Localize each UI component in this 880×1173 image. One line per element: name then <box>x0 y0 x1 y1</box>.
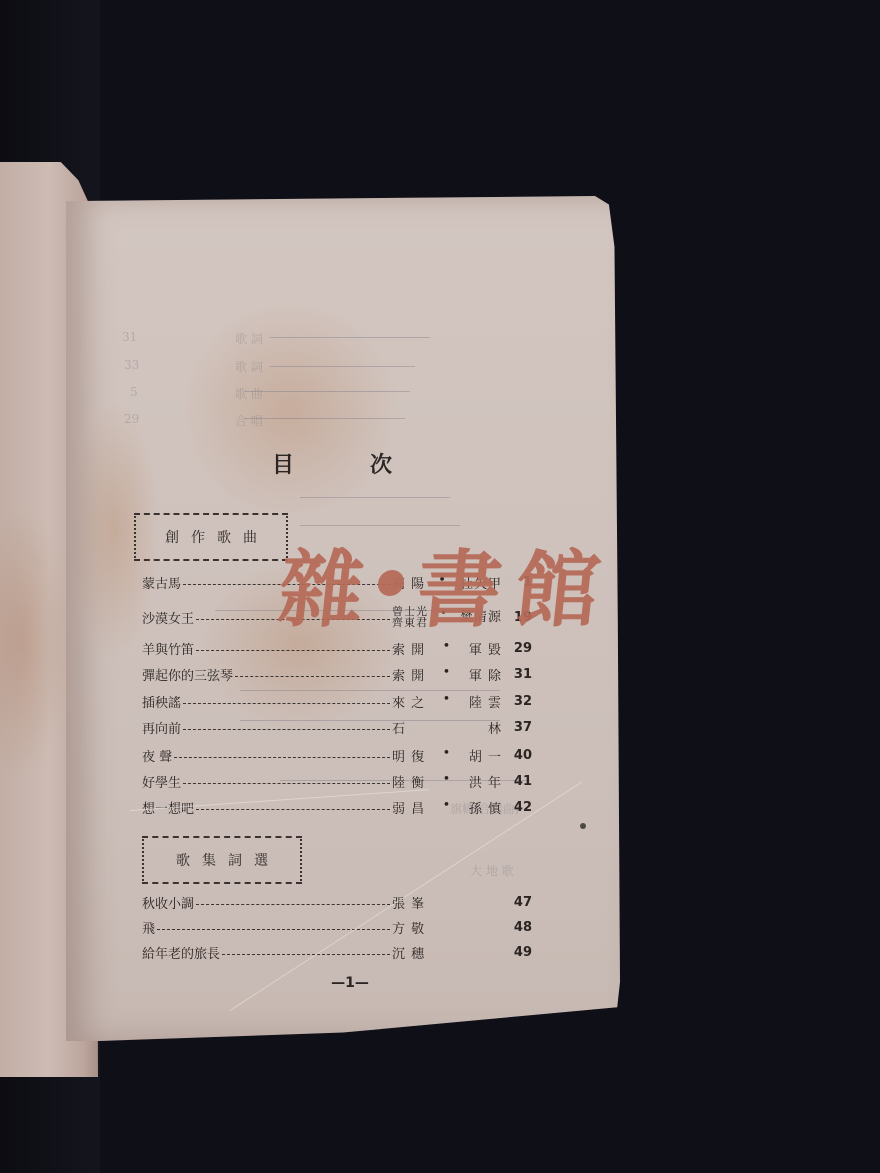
entry-authors: 來 之 • 陸 雲 <box>392 692 502 711</box>
entry-title: 羊與竹笛 <box>142 639 194 658</box>
lyricist: 索 開 <box>392 665 425 684</box>
entry-title: 蒙古馬 <box>142 573 181 592</box>
section-heading: 創作歌曲 <box>153 527 269 547</box>
composer: 樊清源 <box>460 606 502 628</box>
dotted-leader <box>196 619 390 620</box>
entry-page-number: 40 <box>502 748 532 763</box>
dotted-leader <box>196 904 390 905</box>
composer: 杜矢甲 <box>460 573 502 592</box>
toc-entry: 插秧謠 來 之 • 陸 雲 32 <box>142 691 532 711</box>
dotted-leader <box>174 757 390 758</box>
entry-title: 飛 <box>142 918 155 937</box>
entry-author: 沉 穗 <box>392 943 502 962</box>
author-2: 林 <box>488 718 502 737</box>
separator-dot: • <box>443 746 452 765</box>
entry-authors: 索 開 • 軍 毀 <box>392 639 502 658</box>
toc-entry: 飛 方 敬 48 <box>142 917 532 937</box>
composer: 洪 年 <box>469 772 502 791</box>
page-title: 目 次 <box>272 448 392 479</box>
entry-title: 沙漠女王 <box>142 608 194 627</box>
entry-page-number: 42 <box>502 800 532 815</box>
toc-entry: 好學生 陸 衡 • 洪 年 41 <box>142 771 532 791</box>
entry-page-number: 48 <box>502 920 532 935</box>
lyricist-stack: 曾士光 齊東君 <box>392 606 428 628</box>
entry-author: 方 敬 <box>392 918 502 937</box>
entry-title: 秋收小調 <box>142 893 194 912</box>
entry-authors: 弱 昌 • 孫 慎 <box>392 798 502 817</box>
composer: 軍 除 <box>469 665 502 684</box>
dotted-leader <box>183 729 390 730</box>
lyricist: 弱 昌 <box>392 798 425 817</box>
toc-entry: 沙漠女王 曾士光 齊東君 • 樊清源 19 <box>142 604 532 630</box>
entry-authors: 明 復 • 胡 一 <box>392 746 502 765</box>
author: 方 敬 <box>392 918 425 937</box>
entry-page-number: 32 <box>502 694 532 709</box>
entry-authors: 曾士光 齊東君 • 樊清源 <box>392 606 502 628</box>
section-heading-box-2: 歌集詞選 <box>142 836 302 884</box>
separator-dot: • <box>443 798 452 817</box>
ink-speck <box>580 823 586 829</box>
separator-dot: • <box>443 772 452 791</box>
entry-page-number: 19 <box>502 610 532 625</box>
toc-entry: 羊與竹笛 索 開 • 軍 毀 29 <box>142 638 532 658</box>
toc-entry: 彈起你的三弦琴 索 開 • 軍 除 31 <box>142 664 532 684</box>
dotted-leader <box>183 783 390 784</box>
toc-entry: 想一想吧 弱 昌 • 孫 慎 42 <box>142 797 532 817</box>
separator-dot: • <box>443 665 452 684</box>
page-number: —1— <box>0 975 700 991</box>
composer: 孫 慎 <box>469 798 502 817</box>
lyricist: 高 陽 <box>392 573 425 592</box>
toc-entry: 給年老的旅長 沉 穗 49 <box>142 942 532 962</box>
entry-title: 插秧謠 <box>142 692 181 711</box>
lyricist-2: 齊東君 <box>392 617 428 628</box>
author: 石 <box>392 718 406 737</box>
entry-page-number: 41 <box>502 774 532 789</box>
entry-authors: 高 陽 • 杜矢甲 <box>392 573 502 592</box>
section-heading-box-1: 創作歌曲 <box>134 513 288 561</box>
entry-title: 好學生 <box>142 772 181 791</box>
lyricist: 陸 衡 <box>392 772 425 791</box>
dotted-leader <box>196 650 390 651</box>
separator-dot: • <box>443 639 452 658</box>
entry-page-number: 29 <box>502 641 532 656</box>
entry-page-number: 1 <box>502 575 532 590</box>
composer: 陸 雲 <box>469 692 502 711</box>
entry-title: 再向前 <box>142 718 181 737</box>
entry-title: 彈起你的三弦琴 <box>142 665 233 684</box>
separator-dot: • <box>443 692 452 711</box>
toc-entry: 蒙古馬 高 陽 • 杜矢甲 1 <box>142 572 532 592</box>
title-char-2: 次 <box>370 448 392 479</box>
toc-entry: 夜 聲 明 復 • 胡 一 40 <box>142 745 532 765</box>
lyricist: 索 開 <box>392 639 425 658</box>
lyricist: 明 復 <box>392 746 425 765</box>
paper-stain <box>180 300 400 520</box>
entry-authors: 石 林 <box>392 718 502 737</box>
entry-author: 張 峯 <box>392 893 502 912</box>
dotted-leader <box>183 703 390 704</box>
composer: 胡 一 <box>469 746 502 765</box>
dotted-leader <box>222 954 390 955</box>
dotted-leader <box>235 676 390 677</box>
separator-dot: • <box>438 573 447 592</box>
composer: 軍 毀 <box>469 639 502 658</box>
entry-page-number: 37 <box>502 720 532 735</box>
lyricist: 來 之 <box>392 692 425 711</box>
entry-authors: 陸 衡 • 洪 年 <box>392 772 502 791</box>
entry-authors: 索 開 • 軍 除 <box>392 665 502 684</box>
entry-title: 給年老的旅長 <box>142 943 220 962</box>
author: 沉 穗 <box>392 943 425 962</box>
title-char-1: 目 <box>272 448 294 479</box>
dotted-leader <box>196 809 390 810</box>
entry-title: 夜 聲 <box>142 746 172 765</box>
entry-page-number: 31 <box>502 667 532 682</box>
separator-dot: • <box>440 606 449 628</box>
entry-page-number: 49 <box>502 945 532 960</box>
toc-entry: 秋收小調 張 峯 47 <box>142 892 532 912</box>
toc-entry: 再向前 石 林 37 <box>142 717 532 737</box>
dotted-leader <box>183 584 390 585</box>
entry-page-number: 47 <box>502 895 532 910</box>
section-heading: 歌集詞選 <box>164 850 280 870</box>
